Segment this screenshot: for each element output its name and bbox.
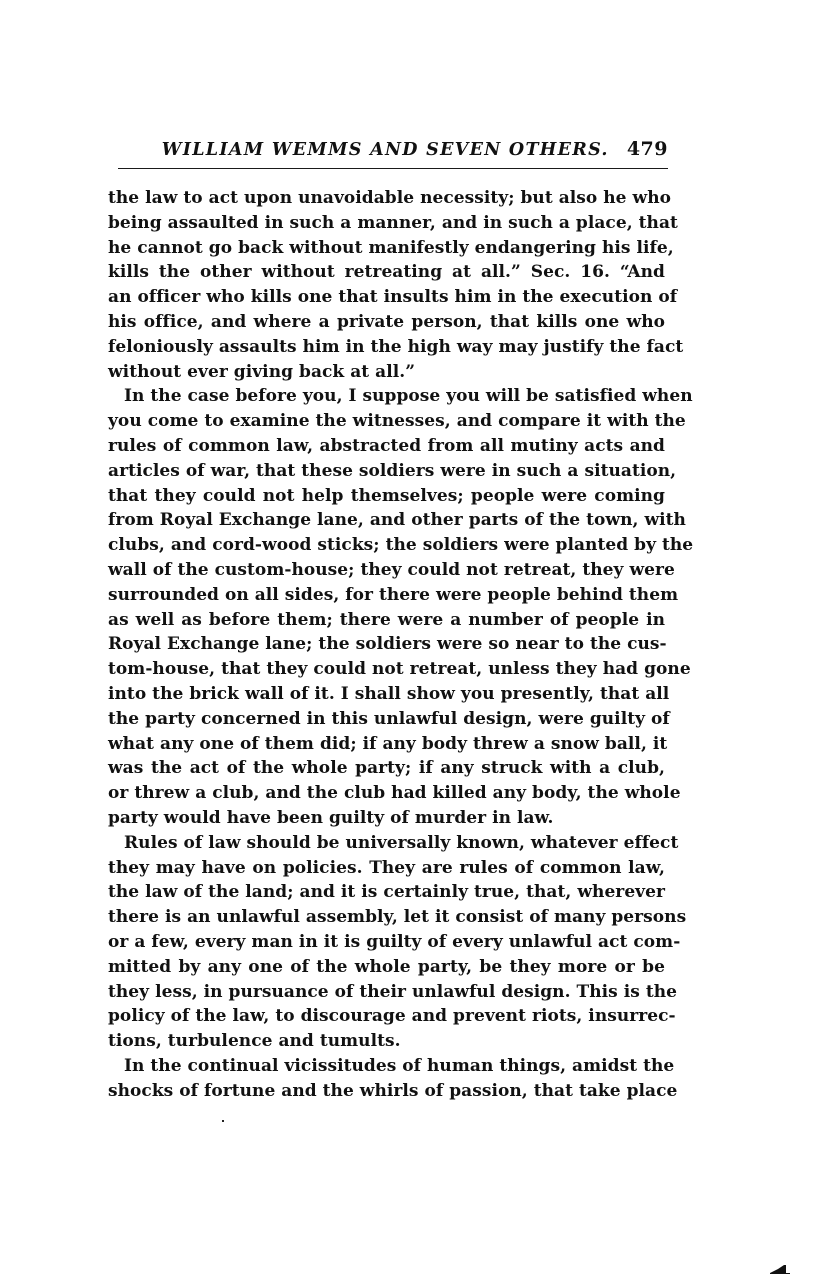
page-corner-mark-icon	[770, 1264, 790, 1274]
text-line: feloniously assaults him in the high way…	[108, 335, 665, 360]
paragraph-case-before-you: In the case before you, I suppose you wi…	[108, 384, 665, 830]
text-line: surrounded on all sides, for there were …	[108, 583, 665, 608]
text-line: without ever giving back at all.”	[108, 360, 665, 385]
text-line: mitted by any one of the whole party, be…	[108, 955, 665, 980]
text-line: you come to examine the witnesses, and c…	[108, 409, 665, 434]
text-line: the party concerned in this unlawful des…	[108, 707, 665, 732]
text-line: shocks of fortune and the whirls of pass…	[108, 1079, 665, 1104]
text-line: Rules of law should be universally known…	[108, 831, 665, 856]
text-line: into the brick wall of it. I shall show …	[108, 682, 665, 707]
text-line: his office, and where a private person, …	[108, 310, 665, 335]
text-line: the law of the land; and it is certainly…	[108, 880, 665, 905]
text-line: or threw a club, and the club had killed…	[108, 781, 665, 806]
text-line: In the continual vicissitudes of human t…	[108, 1054, 665, 1079]
running-title: WILLIAM WEMMS AND SEVEN OTHERS.	[162, 140, 609, 160]
paragraph-continued-quote: the law to act upon unavoidable necessit…	[108, 186, 665, 384]
text-line: that they could not help themselves; peo…	[108, 484, 665, 509]
text-line: being assaulted in such a manner, and in…	[108, 211, 665, 236]
book-page: WILLIAM WEMMS AND SEVEN OTHERS. 479 the …	[0, 0, 836, 1284]
body-text: the law to act upon unavoidable necessit…	[108, 186, 665, 1103]
text-line: policy of the law, to discourage and pre…	[108, 1004, 665, 1029]
text-line: Royal Exchange lane; the soldiers were s…	[108, 632, 665, 657]
text-line: what any one of them did; if any body th…	[108, 732, 665, 757]
text-line: kills the other without retreating at al…	[108, 260, 665, 285]
text-line: or a few, every man in it is guilty of e…	[108, 930, 665, 955]
text-line: tom-house, that they could not retreat, …	[108, 657, 665, 682]
text-line: they may have on policies. They are rule…	[108, 856, 665, 881]
text-line: was the act of the whole party; if any s…	[108, 756, 665, 781]
text-line: wall of the custom-house; they could not…	[108, 558, 665, 583]
text-line: as well as before them; there were a num…	[108, 608, 665, 633]
running-head: WILLIAM WEMMS AND SEVEN OTHERS. 479	[118, 138, 668, 168]
text-line: they less, in pursuance of their unlawfu…	[108, 980, 665, 1005]
text-line: In the case before you, I suppose you wi…	[108, 384, 665, 409]
page-number: 479	[627, 138, 668, 160]
text-line: the law to act upon unavoidable necessit…	[108, 186, 665, 211]
text-line: there is an unlawful assembly, let it co…	[108, 905, 665, 930]
text-line: articles of war, that these soldiers wer…	[108, 459, 665, 484]
text-line: party would have been guilty of murder i…	[108, 806, 665, 831]
text-line: from Royal Exchange lane, and other part…	[108, 508, 665, 533]
text-line: an officer who kills one that insults hi…	[108, 285, 665, 310]
paragraph-continual-vicissitudes: In the continual vicissitudes of human t…	[108, 1054, 665, 1104]
scan-speck	[222, 1120, 224, 1122]
text-line: tions, turbulence and tumults.	[108, 1029, 665, 1054]
text-line: clubs, and cord-wood sticks; the soldier…	[108, 533, 665, 558]
text-line: rules of common law, abstracted from all…	[108, 434, 665, 459]
header-rule	[118, 168, 668, 169]
text-line: he cannot go back without manifestly end…	[108, 236, 665, 261]
paragraph-rules-of-law: Rules of law should be universally known…	[108, 831, 665, 1054]
